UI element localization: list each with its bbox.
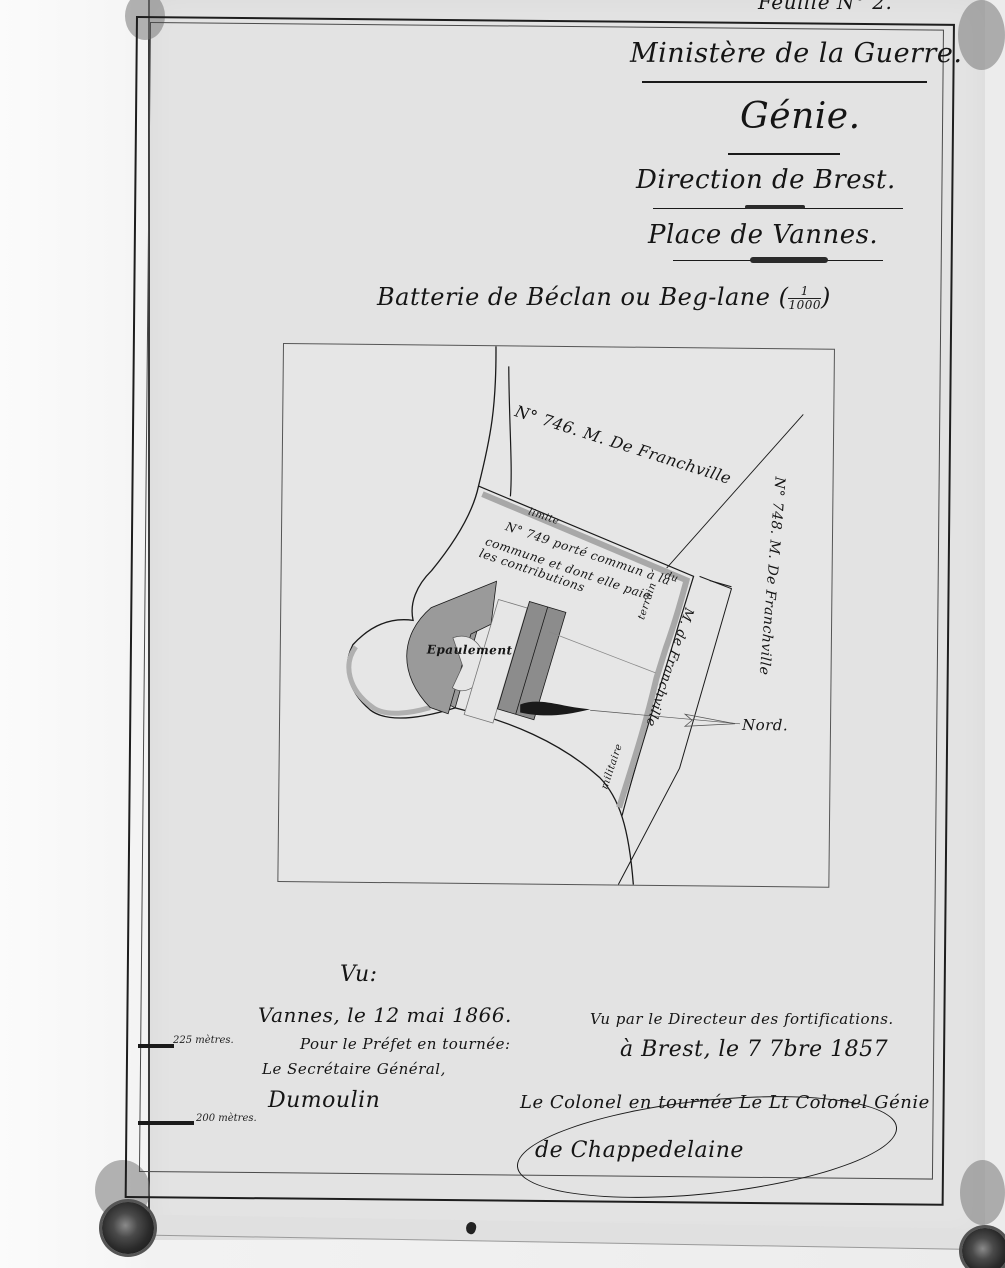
internal-line (549, 632, 656, 673)
road-edge (709, 580, 731, 586)
scale-open-paren: ( (779, 283, 789, 311)
scale-label-200: 200 mètres. (196, 1113, 257, 1124)
thumbtack-icon (102, 1202, 154, 1254)
wheat-sheaf-icon (520, 701, 590, 715)
north-label: Nord. (742, 716, 788, 734)
heading-rule-bar (750, 257, 828, 263)
epaulement-label: Epaulement (427, 643, 513, 658)
map-title-text: Batterie de Béclan ou Beg-lane (377, 283, 770, 311)
tack-shadow (960, 1160, 1005, 1225)
secretary-signature: Dumoulin (268, 1088, 380, 1113)
heading-rule-bar (745, 205, 805, 209)
parcel-boundary (507, 366, 512, 496)
brest-date: à Brest, le 7 7bre 1857 (620, 1037, 888, 1062)
map-title: Batterie de Béclan ou Beg-lane (11000) (377, 283, 831, 312)
tack-shadow (958, 0, 1005, 70)
north-arrow-line (590, 710, 740, 724)
director-line: Vu par le Directeur des fortifications. (590, 1010, 894, 1028)
heading-rule (642, 81, 927, 83)
vannes-date: Vannes, le 12 mai 1866. (258, 1003, 512, 1027)
scale-label-225: 225 mètres. (173, 1035, 234, 1046)
heading-rule (728, 153, 840, 155)
scale-bar-200 (138, 1121, 194, 1125)
sheet-number: Feuille N° 2. (758, 0, 892, 14)
thumbtack-icon (962, 1228, 1005, 1268)
direction-heading: Direction de Brest. (636, 165, 896, 195)
map-panel: N° 746. M. De Franchville N° 748. M. De … (277, 343, 835, 888)
scale-denominator: 1000 (788, 299, 821, 312)
scale-numerator: 1 (788, 285, 821, 299)
scale-close-paren: ) (821, 283, 831, 311)
scale-fraction: 11000 (788, 285, 821, 312)
vu-annotation: Vu: (340, 962, 378, 987)
place-heading: Place de Vannes. (648, 220, 878, 250)
ministry-heading: Ministère de la Guerre. (630, 38, 962, 69)
department-heading: Génie. (740, 96, 861, 137)
scale-bar-225 (138, 1044, 174, 1048)
secretary-line: Le Secrétaire Général, (262, 1060, 446, 1078)
prefect-line: Pour le Préfet en tournée: (300, 1035, 511, 1053)
